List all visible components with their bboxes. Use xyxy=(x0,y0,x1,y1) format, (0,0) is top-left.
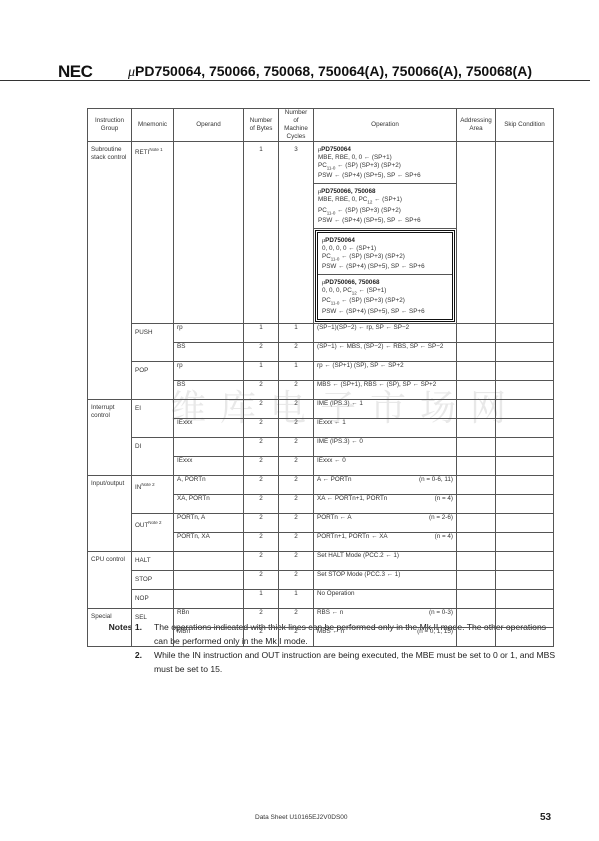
operation-block: μPD750064MBE, RBE, 0, 0 ← (SP+1)PC11-0 ←… xyxy=(314,142,456,184)
operand: IExxx xyxy=(174,456,244,475)
subscript: 12 xyxy=(352,290,357,295)
mnemonic: RETINote 1 xyxy=(132,142,174,324)
skip-condition xyxy=(496,456,554,475)
operation-content: MBS ← n(n = 0, 1, 15) xyxy=(317,628,453,636)
operation-text: MBS ← (SP+1), RBS ← (SP), SP ← SP+2 xyxy=(317,381,436,389)
mnemonic: EI xyxy=(132,399,174,437)
subscript: 11-0 xyxy=(327,210,336,215)
operation-block: μPD750066, 750068MBE, RBE, 0, PC12 ← (SP… xyxy=(314,184,456,229)
subscript: 12 xyxy=(367,200,372,205)
mnemonic: PUSH xyxy=(132,323,174,361)
skip-condition xyxy=(496,589,554,608)
instruction-group: Subroutine stack control xyxy=(88,142,132,400)
operation-text: Set HALT Mode (PCC.2 ← 1) xyxy=(317,552,399,560)
skip-condition xyxy=(496,608,554,627)
cycle-count: 2 xyxy=(279,418,314,437)
operation-text: rp ← (SP+1) (SP), SP ← SP+2 xyxy=(317,362,404,370)
skip-condition xyxy=(496,570,554,589)
operation-content: RBS ← n(n = 0-3) xyxy=(317,609,453,617)
skip-condition xyxy=(496,551,554,570)
operation-line: MBE, RBE, 0, PC12 ← (SP+1) xyxy=(318,196,452,206)
operation-line: PSW ← (SP+4) (SP+5), SP ← SP+6 xyxy=(318,217,452,225)
operation-line: PC11-0 ← (SP) (SP+3) (SP+2) xyxy=(318,207,452,217)
operation: PORTn+1, PORTn ← XA(n = 4) xyxy=(314,532,457,551)
addressing-area xyxy=(457,323,496,342)
addressing-area xyxy=(457,494,496,513)
operation: PORTn ← A(n = 2-6) xyxy=(314,513,457,532)
operation-content: MBS ← (SP+1), RBS ← (SP), SP ← SP+2 xyxy=(317,381,453,389)
cycle-count: 2 xyxy=(279,570,314,589)
cycle-count: 2 xyxy=(279,551,314,570)
operation-content: IExxx ← 0 xyxy=(317,457,453,465)
addressing-area xyxy=(457,342,496,361)
note-item: 2.While the IN instruction and OUT instr… xyxy=(86,648,556,676)
operand-range: (n = 4) xyxy=(435,495,453,503)
page-number: 53 xyxy=(540,812,551,823)
operation-line: PC11-0 ← (SP) (SP+3) (SP+2) xyxy=(322,297,448,307)
operation-block: μPD750066, 7500680, 0, 0, PC12 ← (SP+1)P… xyxy=(318,275,452,319)
operation-content: (SP−1)(SP−2) ← rp, SP ← SP−2 xyxy=(317,324,453,332)
subscript: 11-0 xyxy=(327,165,336,170)
mnemonic: NOP xyxy=(132,589,174,608)
table-row: NOP11No Operation xyxy=(88,589,554,608)
operation-content: A ← PORTn(n = 0-6, 11) xyxy=(317,476,453,484)
addressing-area xyxy=(457,380,496,399)
byte-count: 1 xyxy=(244,323,279,342)
cycle-count: 2 xyxy=(279,399,314,418)
operand: RBn xyxy=(174,608,244,627)
operand: rp xyxy=(174,323,244,342)
operation-content: No Operation xyxy=(317,590,453,598)
operand: A, PORTn xyxy=(174,475,244,494)
operation-content: IExxx ← 1 xyxy=(317,419,453,427)
subscript: 11-0 xyxy=(331,256,340,261)
table-row: POPrp11rp ← (SP+1) (SP), SP ← SP+2 xyxy=(88,361,554,380)
skip-condition xyxy=(496,380,554,399)
skip-condition xyxy=(496,513,554,532)
operation: Set STOP Mode (PCC.3 ← 1) xyxy=(314,570,457,589)
operation-line: PC11-0 ← (SP) (SP+3) (SP+2) xyxy=(318,162,452,172)
column-header: Number of Machine Cycles xyxy=(279,109,314,142)
mnemonic: STOP xyxy=(132,570,174,589)
operand-range: (n = 2-6) xyxy=(429,514,453,522)
operation-text: IME (IPS.3) ← 1 xyxy=(317,400,363,408)
operation: μPD750064MBE, RBE, 0, 0 ← (SP+1)PC11-0 ←… xyxy=(314,142,457,324)
operation-content: (SP−1) ← MBS, (SP−2) ← RBS, SP ← SP−2 xyxy=(317,343,453,351)
operand xyxy=(174,142,244,324)
mu-symbol: μ xyxy=(322,237,325,244)
operation: IExxx ← 0 xyxy=(314,456,457,475)
skip-condition xyxy=(496,494,554,513)
skip-condition xyxy=(496,142,554,324)
operand-range: (n = 0-6, 11) xyxy=(419,476,453,484)
mu-symbol: μ xyxy=(318,146,321,153)
byte-count: 2 xyxy=(244,399,279,418)
note-label: 2. xyxy=(86,648,154,676)
instruction-group: Input/output xyxy=(88,475,132,551)
addressing-area xyxy=(457,589,496,608)
table-row: PUSHrp11(SP−1)(SP−2) ← rp, SP ← SP−2 xyxy=(88,323,554,342)
table-header: Instruction GroupMnemonicOperandNumber o… xyxy=(88,109,554,142)
cycle-count: 1 xyxy=(279,323,314,342)
page-title: μPD750064, 750066, 750068, 750064(A), 75… xyxy=(128,63,532,81)
instruction-group: Special xyxy=(88,608,132,646)
operation-text: IExxx ← 1 xyxy=(317,419,346,427)
byte-count: 2 xyxy=(244,456,279,475)
byte-count: 1 xyxy=(244,361,279,380)
operation-text: XA ← PORTn+1, PORTn xyxy=(317,495,387,503)
addressing-area xyxy=(457,608,496,627)
addressing-area xyxy=(457,361,496,380)
operation: Set HALT Mode (PCC.2 ← 1) xyxy=(314,551,457,570)
cycle-count: 1 xyxy=(279,361,314,380)
operation: RBS ← n(n = 0-3) xyxy=(314,608,457,627)
operation: MBS ← n(n = 0, 1, 15) xyxy=(314,627,457,646)
addressing-area xyxy=(457,418,496,437)
addressing-area xyxy=(457,570,496,589)
operation-line: 0, 0, 0, PC12 ← (SP+1) xyxy=(322,287,448,297)
column-header: Operation xyxy=(314,109,457,142)
table-row: Subroutine stack controlRETINote 113μPD7… xyxy=(88,142,554,324)
skip-condition xyxy=(496,342,554,361)
table-row: OUTNote 2PORTn, A22PORTn ← A(n = 2-6) xyxy=(88,513,554,532)
cycle-count: 2 xyxy=(279,342,314,361)
addressing-area xyxy=(457,551,496,570)
table-row: CPU controlHALT22Set HALT Mode (PCC.2 ← … xyxy=(88,551,554,570)
operand: MBn xyxy=(174,627,244,646)
model-name: μPD750064 xyxy=(318,146,351,153)
operation-text: IME (IPS.3) ← 0 xyxy=(317,438,363,446)
operation-content: XA ← PORTn+1, PORTn(n = 4) xyxy=(317,495,453,503)
header-rule xyxy=(0,80,590,81)
mnemonic: HALT xyxy=(132,551,174,570)
operation-text: MBS ← n xyxy=(317,628,344,636)
operation: IExxx ← 1 xyxy=(314,418,457,437)
operand-range: (n = 0-3) xyxy=(429,609,453,617)
operation: MBS ← (SP+1), RBS ← (SP), SP ← SP+2 xyxy=(314,380,457,399)
addressing-area xyxy=(457,627,496,646)
addressing-area xyxy=(457,437,496,456)
operation: No Operation xyxy=(314,589,457,608)
skip-condition xyxy=(496,361,554,380)
operand: rp xyxy=(174,361,244,380)
operation: (SP−1) ← MBS, (SP−2) ← RBS, SP ← SP−2 xyxy=(314,342,457,361)
operation: IME (IPS.3) ← 1 xyxy=(314,399,457,418)
operation: (SP−1)(SP−2) ← rp, SP ← SP−2 xyxy=(314,323,457,342)
byte-count: 2 xyxy=(244,513,279,532)
table-row: Input/outputINNote 2A, PORTn22A ← PORTn(… xyxy=(88,475,554,494)
operation-content: Set HALT Mode (PCC.2 ← 1) xyxy=(317,552,453,560)
cycle-count: 2 xyxy=(279,475,314,494)
mu-symbol: μ xyxy=(322,279,325,286)
skip-condition xyxy=(496,323,554,342)
operation-content: IME (IPS.3) ← 0 xyxy=(317,438,453,446)
byte-count: 2 xyxy=(244,475,279,494)
operation: A ← PORTn(n = 0-6, 11) xyxy=(314,475,457,494)
cycle-count: 3 xyxy=(279,142,314,324)
table-row: SpecialSELRBn22RBS ← n(n = 0-3) xyxy=(88,608,554,627)
operation-text: No Operation xyxy=(317,590,354,598)
footer-doc-id: Data Sheet U10165EJ2V0DS00 xyxy=(255,814,348,821)
skip-condition xyxy=(496,532,554,551)
operand xyxy=(174,399,244,418)
operation: IME (IPS.3) ← 0 xyxy=(314,437,457,456)
addressing-area xyxy=(457,399,496,418)
model-name: μPD750066, 750068 xyxy=(322,279,379,286)
operation-line: PSW ← (SP+4) (SP+5), SP ← SP+6 xyxy=(318,172,452,180)
addressing-area xyxy=(457,475,496,494)
mnemonic: INNote 2 xyxy=(132,475,174,513)
operation-text: RBS ← n xyxy=(317,609,343,617)
operand: BS xyxy=(174,342,244,361)
operation-text: PORTn ← A xyxy=(317,514,352,522)
mnemonic: POP xyxy=(132,361,174,399)
operation-line: PSW ← (SP+4) (SP+5), SP ← SP+6 xyxy=(322,308,448,316)
operand: BS xyxy=(174,380,244,399)
cycle-count: 1 xyxy=(279,589,314,608)
operation-text: A ← PORTn xyxy=(317,476,352,484)
page-header: NEC μPD750064, 750066, 750068, 750064(A)… xyxy=(0,58,599,80)
cycle-count: 2 xyxy=(279,608,314,627)
column-header: Operand xyxy=(174,109,244,142)
note-ref: Note 2 xyxy=(148,520,161,525)
skip-condition xyxy=(496,399,554,418)
operation: rp ← (SP+1) (SP), SP ← SP+2 xyxy=(314,361,457,380)
operation-text: PORTn+1, PORTn ← XA xyxy=(317,533,388,541)
operation-text: IExxx ← 0 xyxy=(317,457,346,465)
operation-content: Set STOP Mode (PCC.3 ← 1) xyxy=(317,571,453,579)
operand-range: (n = 0, 1, 15) xyxy=(417,628,453,636)
skip-condition xyxy=(496,475,554,494)
operand xyxy=(174,437,244,456)
byte-count: 2 xyxy=(244,418,279,437)
cycle-count: 2 xyxy=(279,627,314,646)
operation-text: (SP−1) ← MBS, (SP−2) ← RBS, SP ← SP−2 xyxy=(317,343,443,351)
cycle-count: 2 xyxy=(279,380,314,399)
operation-line: PC11-0 ← (SP) (SP+3) (SP+2) xyxy=(322,253,448,263)
byte-count: 2 xyxy=(244,380,279,399)
column-header: Skip Condition xyxy=(496,109,554,142)
column-header: Number of Bytes xyxy=(244,109,279,142)
operation-content: PORTn ← A(n = 2-6) xyxy=(317,514,453,522)
byte-count: 2 xyxy=(244,342,279,361)
instruction-table: Instruction GroupMnemonicOperandNumber o… xyxy=(87,108,554,647)
table-row: Interrupt controlEI22IME (IPS.3) ← 1 xyxy=(88,399,554,418)
mu-symbol: μ xyxy=(318,188,321,195)
addressing-area xyxy=(457,513,496,532)
note-ref: Note 2 xyxy=(141,482,154,487)
byte-count: 1 xyxy=(244,142,279,324)
skip-condition xyxy=(496,627,554,646)
cycle-count: 2 xyxy=(279,437,314,456)
nec-logo: NEC xyxy=(58,62,92,82)
byte-count: 2 xyxy=(244,570,279,589)
instruction-group: CPU control xyxy=(88,551,132,608)
mnemonic: OUTNote 2 xyxy=(132,513,174,551)
operand: PORTn, XA xyxy=(174,532,244,551)
operation-block: μPD7500640, 0, 0, 0 ← (SP+1)PC11-0 ← (SP… xyxy=(318,233,452,275)
operation-content: PORTn+1, PORTn ← XA(n = 4) xyxy=(317,533,453,541)
operation-line: PSW ← (SP+4) (SP+5), SP ← SP+6 xyxy=(322,263,448,271)
model-name: μPD750066, 750068 xyxy=(318,188,375,195)
operand: IExxx xyxy=(174,418,244,437)
operation-line: MBE, RBE, 0, 0 ← (SP+1) xyxy=(318,154,452,162)
column-header: Mnemonic xyxy=(132,109,174,142)
operation: XA ← PORTn+1, PORTn(n = 4) xyxy=(314,494,457,513)
cycle-count: 2 xyxy=(279,456,314,475)
table-row: STOP22Set STOP Mode (PCC.3 ← 1) xyxy=(88,570,554,589)
subscript: 11-0 xyxy=(331,301,340,306)
skip-condition xyxy=(496,437,554,456)
column-header: Instruction Group xyxy=(88,109,132,142)
addressing-area xyxy=(457,532,496,551)
byte-count: 2 xyxy=(244,437,279,456)
byte-count: 2 xyxy=(244,608,279,627)
addressing-area xyxy=(457,142,496,324)
note-text: While the IN instruction and OUT instruc… xyxy=(154,648,556,676)
byte-count: 2 xyxy=(244,532,279,551)
operation-text: Set STOP Mode (PCC.3 ← 1) xyxy=(317,571,400,579)
byte-count: 2 xyxy=(244,551,279,570)
operand xyxy=(174,589,244,608)
addressing-area xyxy=(457,456,496,475)
note-ref: Note 1 xyxy=(149,147,162,152)
cycle-count: 2 xyxy=(279,532,314,551)
model-name: μPD750064 xyxy=(322,237,355,244)
operand xyxy=(174,551,244,570)
operation-content: IME (IPS.3) ← 1 xyxy=(317,400,453,408)
cycle-count: 2 xyxy=(279,513,314,532)
byte-count: 2 xyxy=(244,494,279,513)
operation-content: rp ← (SP+1) (SP), SP ← SP+2 xyxy=(317,362,453,370)
instruction-group: Interrupt control xyxy=(88,399,132,475)
skip-condition xyxy=(496,418,554,437)
table-row: DI22IME (IPS.3) ← 0 xyxy=(88,437,554,456)
mnemonic: DI xyxy=(132,437,174,475)
mk2-box: μPD7500640, 0, 0, 0 ← (SP+1)PC11-0 ← (SP… xyxy=(315,230,455,322)
byte-count: 1 xyxy=(244,589,279,608)
operation-line: 0, 0, 0, 0 ← (SP+1) xyxy=(322,245,448,253)
operand-range: (n = 4) xyxy=(435,533,453,541)
byte-count: 2 xyxy=(244,627,279,646)
column-header: Addressing Area xyxy=(457,109,496,142)
operand: PORTn, A xyxy=(174,513,244,532)
operand: XA, PORTn xyxy=(174,494,244,513)
cycle-count: 2 xyxy=(279,494,314,513)
operation-text: (SP−1)(SP−2) ← rp, SP ← SP−2 xyxy=(317,324,409,332)
mnemonic: SEL xyxy=(132,608,174,646)
operand xyxy=(174,570,244,589)
